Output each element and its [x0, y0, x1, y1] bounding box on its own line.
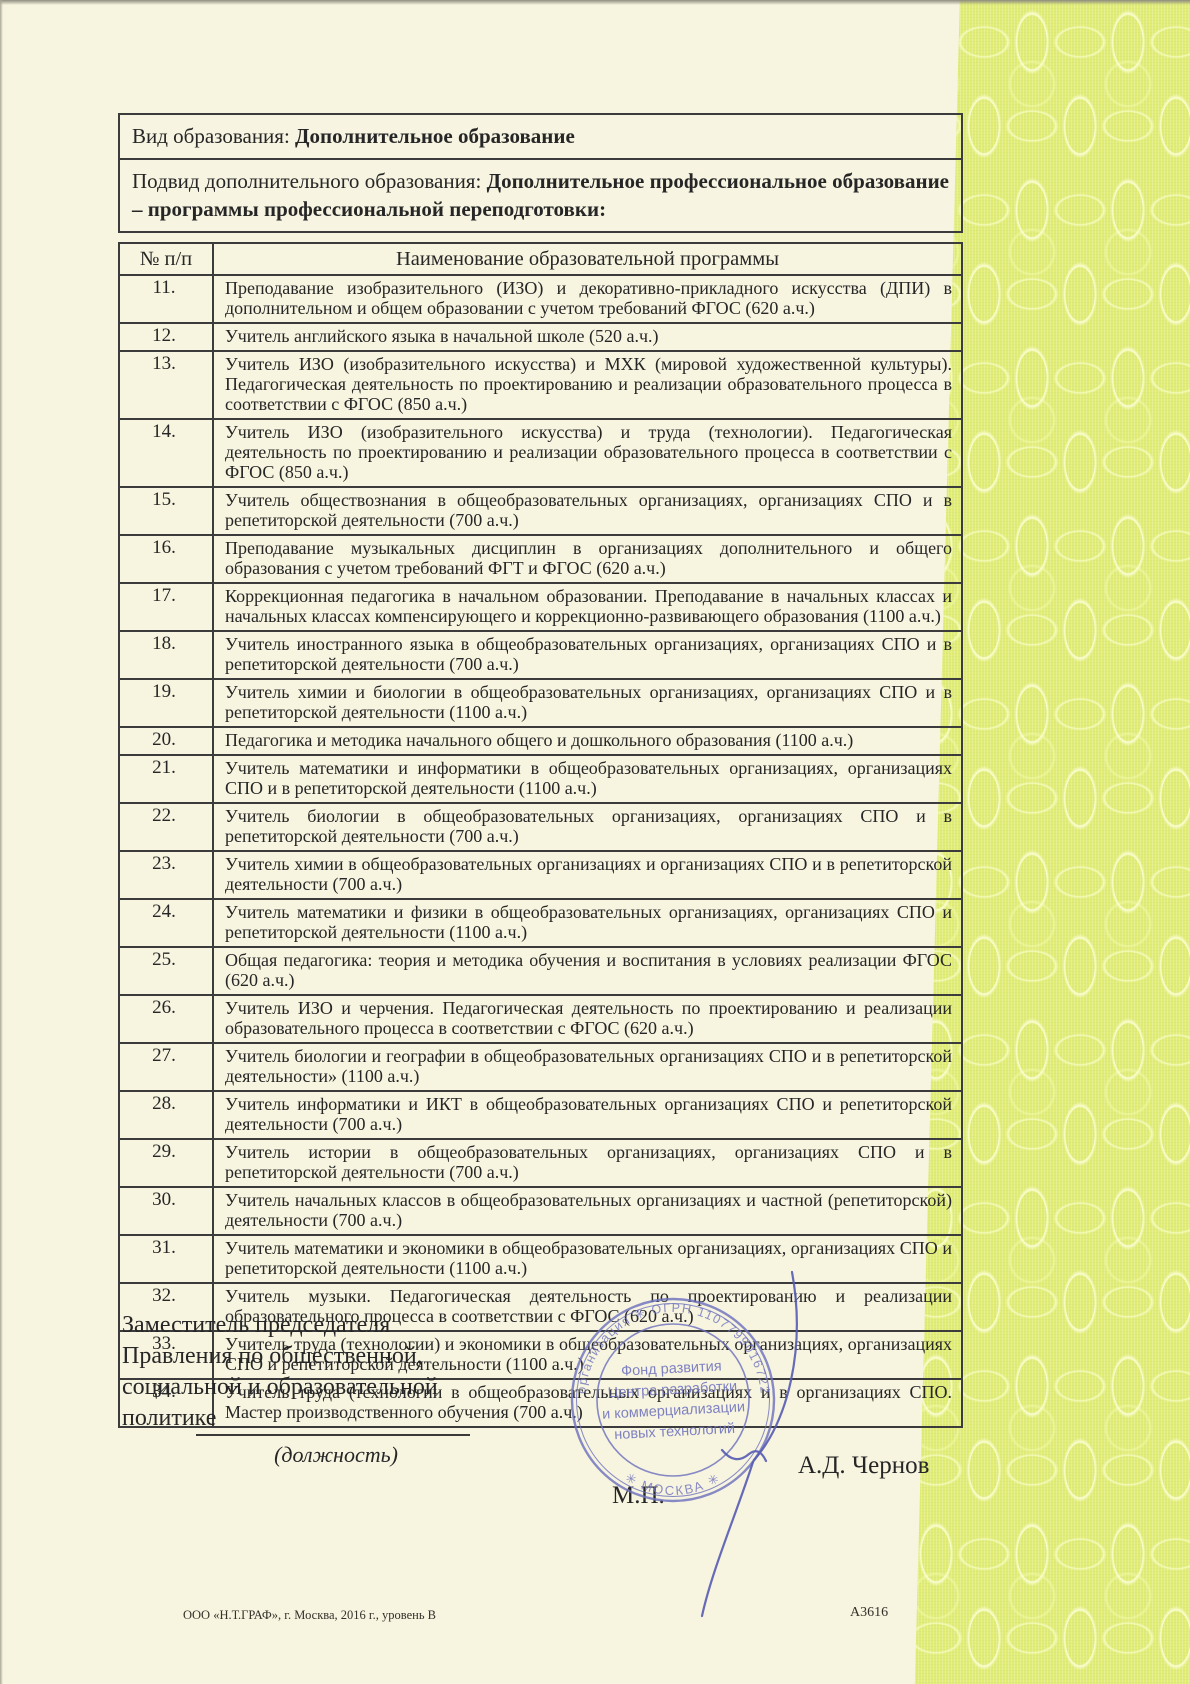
svg-text:новых технологий: новых технологий	[614, 1421, 736, 1443]
row-number: 26.	[119, 995, 213, 1043]
table-row: 20. Педагогика и методика начального общ…	[119, 727, 962, 755]
row-number: 21.	[119, 755, 213, 803]
row-number: 30.	[119, 1187, 213, 1235]
print-house-footnote: ООО «Н.Т.ГРАФ», г. Москва, 2016 г., уров…	[183, 1608, 436, 1623]
row-number: 20.	[119, 727, 213, 755]
row-program-name: Учитель химии в общеобразовательных орга…	[213, 851, 962, 899]
row-program-name: Учитель иностранного языка в общеобразов…	[213, 631, 962, 679]
table-row: 23. Учитель химии в общеобразовательных …	[119, 851, 962, 899]
row-program-name: Учитель математики и физики в общеобразо…	[213, 899, 962, 947]
row-number: 19.	[119, 679, 213, 727]
stamp-center-text: Фонд развития Центра разработки и коммер…	[600, 1357, 747, 1443]
row-number: 31.	[119, 1235, 213, 1283]
table-row: 24. Учитель математики и физики в общеоб…	[119, 899, 962, 947]
column-header-number: № п/п	[119, 243, 213, 275]
table-row: 17. Коррекционная педагогика в начальном…	[119, 583, 962, 631]
row-program-name: Учитель английского языка в начальной шк…	[213, 323, 962, 351]
table-row: 11. Преподавание изобразительного (ИЗО) …	[119, 275, 962, 323]
row-program-name: Учитель математики и информатики в общео…	[213, 755, 962, 803]
row-number: 29.	[119, 1139, 213, 1187]
column-header-program-name: Наименование образовательной программы	[213, 243, 962, 275]
row-number: 28.	[119, 1091, 213, 1139]
round-stamp: организация ✳ ОГРН 1107799016722 ✳ МОСКВ…	[540, 1270, 820, 1650]
table-row: 18. Учитель иностранного языка в общеобр…	[119, 631, 962, 679]
row-program-name: Учитель ИЗО (изобразительного искусства)…	[213, 419, 962, 487]
row-number: 12.	[119, 323, 213, 351]
signature-line	[196, 1434, 470, 1436]
signatory-position: Заместитель председателя Правления по об…	[122, 1310, 552, 1434]
table-row: 27. Учитель биологии и географии в общео…	[119, 1043, 962, 1091]
svg-text:Фонд развития: Фонд развития	[621, 1358, 722, 1379]
row-number: 27.	[119, 1043, 213, 1091]
form-serial-number: А3616	[850, 1605, 888, 1621]
programs-table-head: № п/п Наименование образовательной прогр…	[119, 243, 962, 275]
programs-table: № п/п Наименование образовательной прогр…	[118, 242, 963, 1428]
row-program-name: Преподавание музыкальных дисциплин в орг…	[213, 535, 962, 583]
row-number: 15.	[119, 487, 213, 535]
table-row: 15. Учитель обществознания в общеобразов…	[119, 487, 962, 535]
row-number: 16.	[119, 535, 213, 583]
row-program-name: Учитель ИЗО и черчения. Педагогическая д…	[213, 995, 962, 1043]
row-program-name: Педагогика и методика начального общего …	[213, 727, 962, 755]
table-row: 25. Общая педагогика: теория и методика …	[119, 947, 962, 995]
row-program-name: Учитель биологии в общеобразовательных о…	[213, 803, 962, 851]
row-program-name: Учитель информатики и ИКТ в общеобразова…	[213, 1091, 962, 1139]
education-type-label: Вид образования:	[132, 124, 295, 148]
row-program-name: Преподавание изобразительного (ИЗО) и де…	[213, 275, 962, 323]
row-number: 14.	[119, 419, 213, 487]
table-row: 12. Учитель английского языка в начально…	[119, 323, 962, 351]
row-number: 24.	[119, 899, 213, 947]
row-program-name: Учитель химии и биологии в общеобразоват…	[213, 679, 962, 727]
table-row: 19. Учитель химии и биологии в общеобраз…	[119, 679, 962, 727]
scanned-license-annex-page: { "colors":{"paper":"#f7f4e0","band_yell…	[0, 0, 1190, 1684]
row-number: 22.	[119, 803, 213, 851]
education-type-box: Вид образования: Дополнительное образова…	[118, 113, 963, 160]
table-row: 22. Учитель биологии в общеобразовательн…	[119, 803, 962, 851]
row-program-name: Общая педагогика: теория и методика обуч…	[213, 947, 962, 995]
table-row: 13. Учитель ИЗО (изобразительного искусс…	[119, 351, 962, 419]
scan-edge-left	[0, 0, 3, 1684]
row-program-name: Учитель обществознания в общеобразовател…	[213, 487, 962, 535]
education-subtype-label: Подвид дополнительного образования:	[132, 169, 487, 193]
table-row: 26. Учитель ИЗО и черчения. Педагогическ…	[119, 995, 962, 1043]
row-program-name: Учитель биологии и географии в общеобраз…	[213, 1043, 962, 1091]
row-program-name: Учитель ИЗО (изобразительного искусства)…	[213, 351, 962, 419]
row-number: 18.	[119, 631, 213, 679]
programs-table-body: 11. Преподавание изобразительного (ИЗО) …	[119, 275, 962, 1427]
table-row: 21. Учитель математики и информатики в о…	[119, 755, 962, 803]
row-number: 23.	[119, 851, 213, 899]
row-number: 17.	[119, 583, 213, 631]
position-caption: (должность)	[216, 1442, 456, 1468]
row-number: 25.	[119, 947, 213, 995]
row-program-name: Учитель истории в общеобразовательных ор…	[213, 1139, 962, 1187]
row-number: 11.	[119, 275, 213, 323]
document-body: Вид образования: Дополнительное образова…	[118, 113, 963, 1428]
svg-text:и коммерциализации: и коммерциализации	[602, 1399, 746, 1422]
table-row: 16. Преподавание музыкальных дисциплин в…	[119, 535, 962, 583]
row-program-name: Коррекционная педагогика в начальном обр…	[213, 583, 962, 631]
table-row: 30. Учитель начальных классов в общеобра…	[119, 1187, 962, 1235]
scan-edge-top	[0, 0, 1190, 5]
table-row: 28. Учитель информатики и ИКТ в общеобра…	[119, 1091, 962, 1139]
svg-text:Центра разработки: Центра разработки	[607, 1379, 737, 1402]
row-program-name: Учитель начальных классов в общеобразова…	[213, 1187, 962, 1235]
education-subtype-box: Подвид дополнительного образования: Допо…	[118, 160, 963, 233]
table-row: 14. Учитель ИЗО (изобразительного искусс…	[119, 419, 962, 487]
table-row: 29. Учитель истории в общеобразовательны…	[119, 1139, 962, 1187]
row-number: 13.	[119, 351, 213, 419]
education-type-value: Дополнительное образование	[295, 124, 575, 148]
programs-header-row: № п/п Наименование образовательной прогр…	[119, 243, 962, 275]
